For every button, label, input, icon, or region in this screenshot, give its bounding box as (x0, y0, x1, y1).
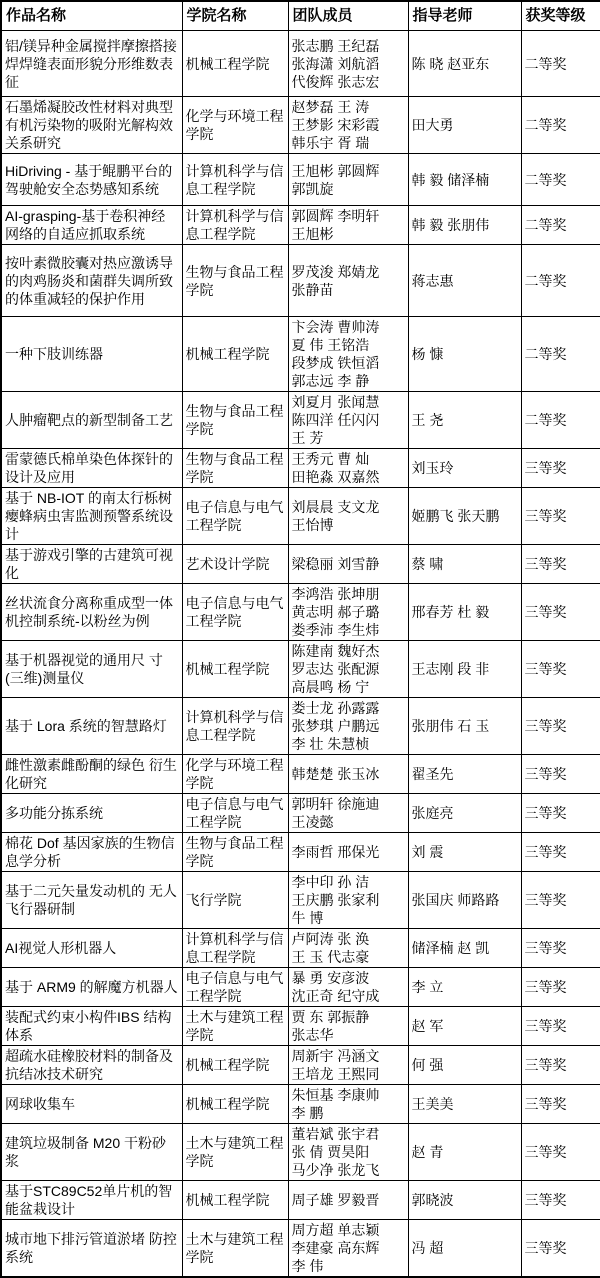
cell-advisors: 赵 青 (408, 1124, 521, 1181)
cell-members: 王旭彬 郭圆辉 郭凯旋 (288, 154, 408, 206)
table-row: 基于 Lora 系统的智慧路灯计算机科学与信息工程学院娄士龙 孙露露 张梦琪 户… (1, 698, 600, 755)
cell-award-level: 二等奖 (521, 97, 600, 154)
table-row: 雌性激素雌酚酮的绿色 衍生化研究化学与环境工程学院韩楚楚 张玉冰翟圣先三等奖 (1, 755, 600, 794)
cell-members: 贾 东 郭振静 张志华 (288, 1007, 408, 1046)
cell-work-title: 超疏水硅橡胶材料的制备及抗结冰技术研究 (1, 1046, 182, 1085)
cell-college: 电子信息与电气工程学院 (182, 488, 288, 545)
table-row: 按叶素微胶囊对热应激诱导的肉鸡肠炎和菌群失调所致的体重减轻的保护作用生物与食品工… (1, 245, 600, 317)
cell-award-level: 二等奖 (521, 31, 600, 97)
cell-advisors: 姬鹏飞 张天鹏 (408, 488, 521, 545)
table-row: 基于 ARM9 的解魔方机器人电子信息与电气工程学院暴 勇 安彦波 沈正奇 纪守… (1, 968, 600, 1007)
cell-college: 电子信息与电气工程学院 (182, 794, 288, 833)
cell-members: 韩楚楚 张玉冰 (288, 755, 408, 794)
cell-members: 李鸿浩 张坤朋 黄志明 郝子璐 娄季沛 李生炜 (288, 584, 408, 641)
cell-college: 飞行学院 (182, 872, 288, 929)
cell-members: 暴 勇 安彦波 沈正奇 纪守成 (288, 968, 408, 1007)
cell-members: 郭明轩 徐施迪 王凌懿 (288, 794, 408, 833)
table-row: HiDriving - 基于鲲鹏平台的驾驶舱安全态势感知系统计算机科学与信息工程… (1, 154, 600, 206)
cell-members: 董岩斌 张宇君 张 倩 贾昊阳 马少净 张龙飞 (288, 1124, 408, 1181)
cell-work-title: 基于游戏引擎的古建筑可视化 (1, 545, 182, 584)
cell-work-title: HiDriving - 基于鲲鹏平台的驾驶舱安全态势感知系统 (1, 154, 182, 206)
cell-college: 生物与食品工程学院 (182, 392, 288, 449)
awards-table: 作品名称 学院名称 团队成员 指导老师 获奖等级 铝/镁异种金属搅拌摩擦搭接焊焊… (0, 0, 600, 1278)
cell-college: 电子信息与电气工程学院 (182, 968, 288, 1007)
cell-work-title: 基于 NB-IOT 的南太行栎树瘿蜂病虫害监测预警系统设计 (1, 488, 182, 545)
cell-work-title: 雷蒙德氏棉单染色体探针的设计及应用 (1, 449, 182, 488)
cell-members: 周方超 单志颖 李建豪 高东辉 李 伟 (288, 1220, 408, 1278)
cell-award-level: 三等奖 (521, 1085, 600, 1124)
cell-college: 化学与环境工程学院 (182, 755, 288, 794)
cell-advisors: 田大勇 (408, 97, 521, 154)
table-row: 基于 NB-IOT 的南太行栎树瘿蜂病虫害监测预警系统设计电子信息与电气工程学院… (1, 488, 600, 545)
cell-members: 陈建南 魏好杰 罗志达 张配源 高晨鸣 杨 宁 (288, 641, 408, 698)
cell-college: 机械工程学院 (182, 1181, 288, 1220)
cell-advisors: 蒋志惠 (408, 245, 521, 317)
table-row: 丝状流食分离称重成型一体机控制系统-以粉丝为例电子信息与电气工程学院李鸿浩 张坤… (1, 584, 600, 641)
cell-award-level: 三等奖 (521, 794, 600, 833)
cell-award-level: 三等奖 (521, 584, 600, 641)
cell-college: 土木与建筑工程学院 (182, 1007, 288, 1046)
table-row: 一种下肢训练器机械工程学院卞会涛 曹帅涛 夏 伟 王铭浩 段梦成 铁恒滔 郭志远… (1, 317, 600, 392)
cell-award-level: 三等奖 (521, 1220, 600, 1278)
cell-advisors: 韩 毅 储泽楠 (408, 154, 521, 206)
cell-award-level: 三等奖 (521, 545, 600, 584)
cell-work-title: 城市地下排污管道淤堵 防控系统 (1, 1220, 182, 1278)
cell-work-title: 网球收集车 (1, 1085, 182, 1124)
cell-work-title: 棉花 Dof 基因家族的生物信息学分析 (1, 833, 182, 872)
table-row: 基于二元矢量发动机的 无人飞行器研制飞行学院李中印 孙 洁 王庆鹏 张家利 牛 … (1, 872, 600, 929)
cell-college: 计算机科学与信息工程学院 (182, 698, 288, 755)
cell-college: 机械工程学院 (182, 1046, 288, 1085)
cell-members: 周子雄 罗毅晋 (288, 1181, 408, 1220)
cell-work-title: 建筑垃圾制备 M20 干粉砂浆 (1, 1124, 182, 1181)
cell-college: 计算机科学与信息工程学院 (182, 929, 288, 968)
cell-members: 罗茂浚 郑婧龙 张静苗 (288, 245, 408, 317)
header-work-title: 作品名称 (1, 1, 182, 31)
cell-work-title: 基于机器视觉的通用尺 寸(三维)测量仪 (1, 641, 182, 698)
header-advisors: 指导老师 (408, 1, 521, 31)
cell-advisors: 蔡 啸 (408, 545, 521, 584)
cell-college: 化学与环境工程学院 (182, 97, 288, 154)
cell-advisors: 冯 超 (408, 1220, 521, 1278)
table-header: 作品名称 学院名称 团队成员 指导老师 获奖等级 (1, 1, 600, 31)
table-row: 基于STC89C52单片机的智能盆栽设计机械工程学院周子雄 罗毅晋郭晓波三等奖 (1, 1181, 600, 1220)
cell-members: 刘晨晨 支文龙 王怡博 (288, 488, 408, 545)
header-college: 学院名称 (182, 1, 288, 31)
table-row: 城市地下排污管道淤堵 防控系统土木与建筑工程学院周方超 单志颖 李建豪 高东辉 … (1, 1220, 600, 1278)
cell-work-title: 基于 ARM9 的解魔方机器人 (1, 968, 182, 1007)
cell-members: 李雨哲 邢保光 (288, 833, 408, 872)
cell-advisors: 王志刚 段 非 (408, 641, 521, 698)
cell-advisors: 王 尧 (408, 392, 521, 449)
cell-award-level: 三等奖 (521, 872, 600, 929)
cell-members: 李中印 孙 洁 王庆鹏 张家利 牛 博 (288, 872, 408, 929)
table-row: 人肿瘤靶点的新型制备工艺生物与食品工程学院刘夏月 张闻慧 陈四洋 任闪闪 王 芳… (1, 392, 600, 449)
cell-work-title: 基于二元矢量发动机的 无人飞行器研制 (1, 872, 182, 929)
cell-award-level: 三等奖 (521, 968, 600, 1007)
cell-award-level: 三等奖 (521, 929, 600, 968)
cell-members: 周新宇 冯涵文 王培龙 王熙同 (288, 1046, 408, 1085)
cell-college: 计算机科学与信息工程学院 (182, 154, 288, 206)
cell-advisors: 何 强 (408, 1046, 521, 1085)
cell-college: 机械工程学院 (182, 641, 288, 698)
cell-award-level: 三等奖 (521, 1124, 600, 1181)
cell-advisors: 刘 震 (408, 833, 521, 872)
cell-members: 梁稳丽 刘雪静 (288, 545, 408, 584)
cell-college: 生物与食品工程学院 (182, 449, 288, 488)
cell-college: 生物与食品工程学院 (182, 833, 288, 872)
cell-college: 机械工程学院 (182, 31, 288, 97)
cell-members: 张志鹏 王纪磊 张海潇 刘航滔 代俊辉 张志宏 (288, 31, 408, 97)
table-row: 石墨烯凝胶改性材料对典型有机污染物的吸附光解构效关系研究化学与环境工程学院赵梦磊… (1, 97, 600, 154)
cell-award-level: 三等奖 (521, 449, 600, 488)
cell-advisors: 翟圣先 (408, 755, 521, 794)
cell-work-title: AI-grasping-基于卷积神经网络的自适应抓取系统 (1, 206, 182, 245)
cell-advisors: 李 立 (408, 968, 521, 1007)
cell-members: 刘夏月 张闻慧 陈四洋 任闪闪 王 芳 (288, 392, 408, 449)
table-row: 棉花 Dof 基因家族的生物信息学分析生物与食品工程学院李雨哲 邢保光刘 震三等… (1, 833, 600, 872)
cell-advisors: 张国庆 师路路 (408, 872, 521, 929)
cell-work-title: 多功能分拣系统 (1, 794, 182, 833)
cell-college: 土木与建筑工程学院 (182, 1124, 288, 1181)
cell-award-level: 三等奖 (521, 698, 600, 755)
table-row: 雷蒙德氏棉单染色体探针的设计及应用生物与食品工程学院王秀元 曹 灿 田艳淼 双嘉… (1, 449, 600, 488)
cell-award-level: 二等奖 (521, 317, 600, 392)
cell-advisors: 杨 慷 (408, 317, 521, 392)
cell-work-title: 石墨烯凝胶改性材料对典型有机污染物的吸附光解构效关系研究 (1, 97, 182, 154)
cell-advisors: 王美美 (408, 1085, 521, 1124)
cell-advisors: 陈 晓 赵亚东 (408, 31, 521, 97)
cell-members: 朱恒基 李康帅 李 鹏 (288, 1085, 408, 1124)
table-row: AI视觉人形机器人计算机科学与信息工程学院卢阿涛 张 涣 王 玉 代志豪储泽楠 … (1, 929, 600, 968)
cell-college: 机械工程学院 (182, 1085, 288, 1124)
table-row: AI-grasping-基于卷积神经网络的自适应抓取系统计算机科学与信息工程学院… (1, 206, 600, 245)
cell-award-level: 二等奖 (521, 206, 600, 245)
cell-work-title: 雌性激素雌酚酮的绿色 衍生化研究 (1, 755, 182, 794)
cell-advisors: 储泽楠 赵 凯 (408, 929, 521, 968)
cell-work-title: 按叶素微胶囊对热应激诱导的肉鸡肠炎和菌群失调所致的体重减轻的保护作用 (1, 245, 182, 317)
table-row: 基于机器视觉的通用尺 寸(三维)测量仪机械工程学院陈建南 魏好杰 罗志达 张配源… (1, 641, 600, 698)
header-row: 作品名称 学院名称 团队成员 指导老师 获奖等级 (1, 1, 600, 31)
cell-advisors: 张朋伟 石 玉 (408, 698, 521, 755)
cell-members: 卞会涛 曹帅涛 夏 伟 王铭浩 段梦成 铁恒滔 郭志远 李 静 (288, 317, 408, 392)
cell-members: 卢阿涛 张 涣 王 玉 代志豪 (288, 929, 408, 968)
table-row: 建筑垃圾制备 M20 干粉砂浆土木与建筑工程学院董岩斌 张宇君 张 倩 贾昊阳 … (1, 1124, 600, 1181)
cell-work-title: 基于 Lora 系统的智慧路灯 (1, 698, 182, 755)
cell-advisors: 郭晓波 (408, 1181, 521, 1220)
cell-work-title: 装配式约束小构件IBS 结构体系 (1, 1007, 182, 1046)
cell-award-level: 三等奖 (521, 1181, 600, 1220)
cell-advisors: 韩 毅 张朋伟 (408, 206, 521, 245)
cell-college: 电子信息与电气工程学院 (182, 584, 288, 641)
cell-award-level: 三等奖 (521, 488, 600, 545)
cell-advisors: 赵 军 (408, 1007, 521, 1046)
cell-work-title: 基于STC89C52单片机的智能盆栽设计 (1, 1181, 182, 1220)
cell-work-title: 铝/镁异种金属搅拌摩擦搭接焊焊缝表面形貌分形维数表征 (1, 31, 182, 97)
header-members: 团队成员 (288, 1, 408, 31)
cell-work-title: 人肿瘤靶点的新型制备工艺 (1, 392, 182, 449)
header-award-level: 获奖等级 (521, 1, 600, 31)
cell-award-level: 三等奖 (521, 1007, 600, 1046)
cell-members: 娄士龙 孙露露 张梦琪 户鹏远 李 壮 朱慧桢 (288, 698, 408, 755)
cell-college: 土木与建筑工程学院 (182, 1220, 288, 1278)
cell-advisors: 邢春芳 杜 毅 (408, 584, 521, 641)
cell-work-title: 丝状流食分离称重成型一体机控制系统-以粉丝为例 (1, 584, 182, 641)
cell-award-level: 二等奖 (521, 154, 600, 206)
cell-award-level: 三等奖 (521, 755, 600, 794)
cell-award-level: 三等奖 (521, 641, 600, 698)
table-row: 铝/镁异种金属搅拌摩擦搭接焊焊缝表面形貌分形维数表征机械工程学院张志鹏 王纪磊 … (1, 31, 600, 97)
cell-award-level: 三等奖 (521, 1046, 600, 1085)
table-body: 铝/镁异种金属搅拌摩擦搭接焊焊缝表面形貌分形维数表征机械工程学院张志鹏 王纪磊 … (1, 31, 600, 1278)
table-row: 多功能分拣系统电子信息与电气工程学院郭明轩 徐施迪 王凌懿张庭亮三等奖 (1, 794, 600, 833)
cell-work-title: 一种下肢训练器 (1, 317, 182, 392)
table-row: 超疏水硅橡胶材料的制备及抗结冰技术研究机械工程学院周新宇 冯涵文 王培龙 王熙同… (1, 1046, 600, 1085)
table-row: 装配式约束小构件IBS 结构体系土木与建筑工程学院贾 东 郭振静 张志华赵 军三… (1, 1007, 600, 1046)
cell-advisors: 张庭亮 (408, 794, 521, 833)
cell-members: 郭圆辉 李明轩 王旭彬 (288, 206, 408, 245)
cell-members: 赵梦磊 王 涛 王梦影 宋彩霞 韩乐宇 胥 瑞 (288, 97, 408, 154)
cell-award-level: 三等奖 (521, 833, 600, 872)
cell-college: 机械工程学院 (182, 317, 288, 392)
cell-advisors: 刘玉玲 (408, 449, 521, 488)
cell-college: 生物与食品工程学院 (182, 245, 288, 317)
cell-work-title: AI视觉人形机器人 (1, 929, 182, 968)
cell-award-level: 二等奖 (521, 245, 600, 317)
cell-college: 计算机科学与信息工程学院 (182, 206, 288, 245)
table-row: 基于游戏引擎的古建筑可视化艺术设计学院梁稳丽 刘雪静蔡 啸三等奖 (1, 545, 600, 584)
table-row: 网球收集车机械工程学院朱恒基 李康帅 李 鹏王美美三等奖 (1, 1085, 600, 1124)
cell-members: 王秀元 曹 灿 田艳淼 双嘉然 (288, 449, 408, 488)
cell-college: 艺术设计学院 (182, 545, 288, 584)
cell-award-level: 二等奖 (521, 392, 600, 449)
